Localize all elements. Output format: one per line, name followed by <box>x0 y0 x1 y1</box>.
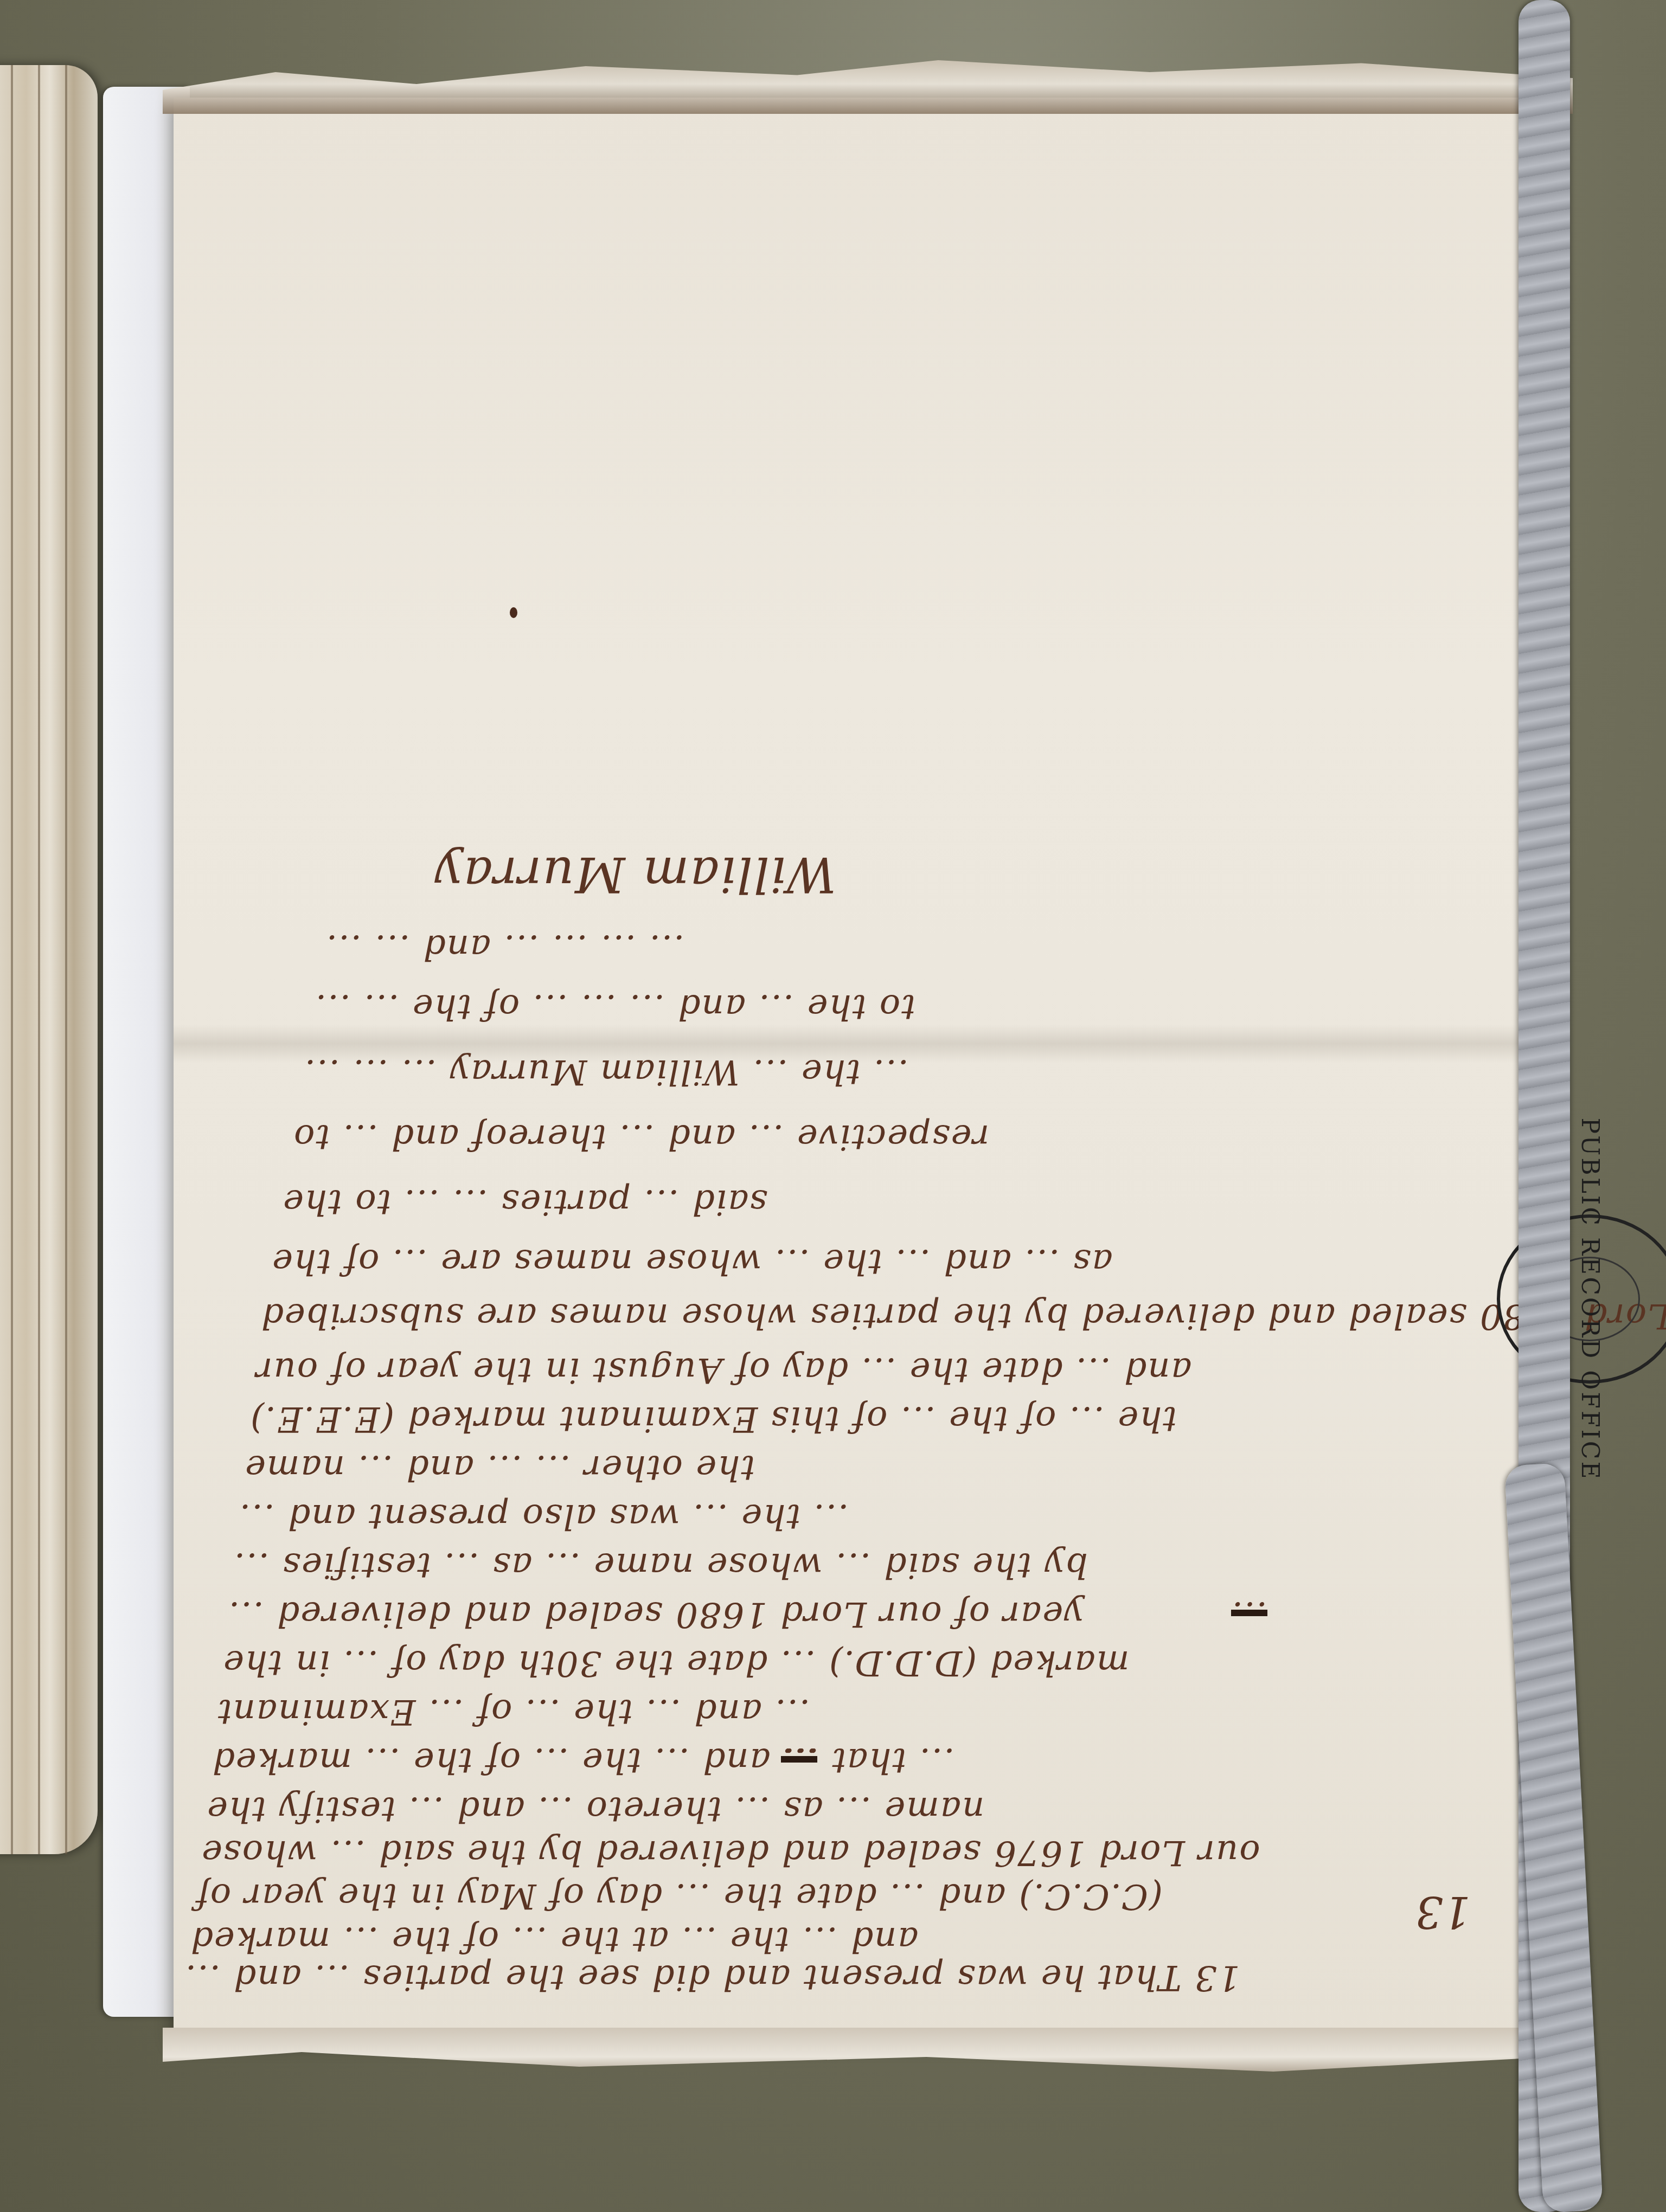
manuscript-line: ... the ... William Murray ... ... ... <box>304 1052 909 1092</box>
torn-bottom-edge <box>163 2028 1551 2076</box>
manuscript-line: ... ... ... ... and ... ... <box>325 927 685 967</box>
struck-text: ... <box>781 1740 817 1780</box>
manuscript-line: year of our Lord 1680 sealed and deliver… <box>228 1594 1084 1634</box>
manuscript-line: by the said ... whose name ... as ... te… <box>233 1545 1088 1585</box>
manuscript-line: 13 That he was present and did see the p… <box>184 1957 1240 1997</box>
manuscript-line: ... that ... and ... the ... of the ... … <box>212 1740 955 1780</box>
stamp-label: PUBLIC RECORD OFFICE <box>1576 1117 1604 1481</box>
manuscript-line: our Lord 1676 sealed and delivered by th… <box>201 1832 1260 1873</box>
manuscript-line: and ... date the ... day of August in th… <box>255 1350 1192 1390</box>
torn-top-edge <box>163 54 1573 114</box>
manuscript-page: William Murray ... ... ... ... and ... .… <box>174 98 1551 2039</box>
manuscript-line: Lord 1680 sealed and delivered by the pa… <box>260 1296 1666 1336</box>
struck-text: ... <box>1231 1594 1267 1634</box>
manuscript-line: and ... the ... at the ... of the ... ma… <box>190 1919 919 1959</box>
manuscript-line: marked (D.D.D.) ... date the 30th day of… <box>222 1643 1130 1683</box>
manuscript-line: respective ... and ... thereof and ... t… <box>293 1117 989 1157</box>
manuscript-line: said ... parties ... ... to the <box>282 1182 767 1222</box>
manuscript-line: the other ... ... and ... name <box>244 1448 755 1488</box>
ink-spot <box>510 607 517 618</box>
manuscript-line: to the ... and ... ... ... of the ... ..… <box>315 987 915 1027</box>
left-page-stack <box>0 65 98 1854</box>
manuscript-line: ... and ... the ... of ... Examinant <box>217 1692 810 1732</box>
manuscript-line: as ... and ... the ... whose names are .… <box>271 1242 1113 1282</box>
manuscript-line: the ... of the ... of this Examinant mar… <box>249 1399 1177 1439</box>
signature: William Murray <box>434 846 836 903</box>
folio-number: 13 <box>1415 1887 1471 1937</box>
manuscript-line: ... the ... was also present and ... <box>239 1496 849 1536</box>
manuscript-line: name ... as ... thereto ... and ... test… <box>206 1789 984 1829</box>
manuscript-line: (C.C.C.) and ... date the ... day of May… <box>195 1876 1163 1916</box>
